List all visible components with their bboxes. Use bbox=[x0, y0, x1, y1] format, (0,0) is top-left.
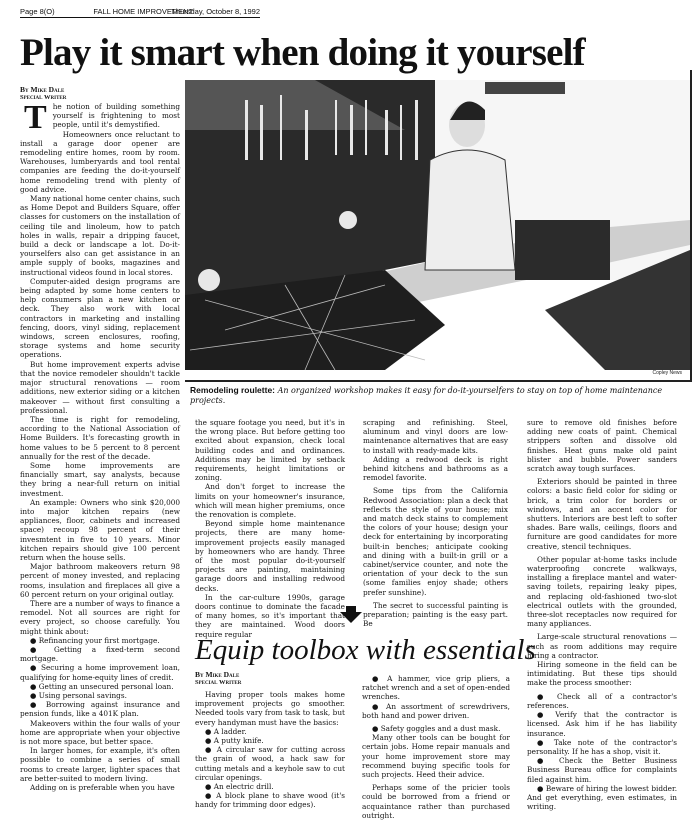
paragraph: Adding a redwood deck is right behind ki… bbox=[363, 455, 508, 483]
photo-caption: Remodeling roulette: An organized worksh… bbox=[190, 385, 685, 406]
sidebar-column-1: By Mike Dale Special Writer Having prope… bbox=[195, 671, 345, 810]
continuation-arrow-icon bbox=[340, 612, 362, 623]
byline-author: By Mike Dale bbox=[195, 671, 345, 679]
bullet-item: ● Getting a fixed-term second mortgage. bbox=[20, 645, 180, 663]
bullet-item: ● An assortment of screwdrivers, both ha… bbox=[362, 702, 510, 720]
byline-title: Special Writer bbox=[195, 679, 345, 687]
bullet-item: ● Check the Better Business Business Bur… bbox=[527, 756, 677, 784]
bullet-item: ● A block plane to shave wood (it's hand… bbox=[195, 791, 345, 809]
bullet-item: ● Using personal savings. bbox=[20, 691, 180, 700]
bullet-item: ● Getting an unsecured personal loan. bbox=[20, 682, 180, 691]
main-story-column-4: sure to remove old finishes before addin… bbox=[527, 418, 677, 811]
bullet-item: ● Securing a home improvement loan, qual… bbox=[20, 663, 180, 681]
bullet-item: ● Check all of a contractor's references… bbox=[527, 692, 677, 710]
bullet-item: ● A hammer, vice grip pliers, a ratchet … bbox=[362, 674, 510, 702]
byline-title: Special Writer bbox=[20, 94, 180, 102]
paragraph: Homeowners once reluctant to install a g… bbox=[20, 130, 180, 194]
paragraph: Some tips from the California Redwood As… bbox=[363, 486, 508, 596]
sidebar-headline: Equip toolbox with essentials bbox=[195, 634, 515, 666]
page-number: Page 8(O) bbox=[20, 7, 93, 16]
workshop-photo: Copley News bbox=[185, 70, 692, 382]
section-name: FALL HOME IMPROVEMENT bbox=[93, 7, 171, 16]
paragraph: Major bathroom makeovers return 98 perce… bbox=[20, 562, 180, 599]
drop-cap: T bbox=[24, 104, 47, 132]
paragraph: In the car-culture 1990s, garage doors c… bbox=[195, 593, 345, 639]
paragraph: Beyond simple home maintenance projects,… bbox=[195, 519, 345, 593]
byline-author: By Mike Dale bbox=[20, 86, 180, 94]
bullet-item: ● An electric drill. bbox=[195, 782, 345, 791]
main-story-column-2: the square footage you need, but it's in… bbox=[195, 418, 345, 639]
paragraph: Adding on is preferable when you have bbox=[20, 783, 180, 792]
bullet-item: ● Beware of hiring the lowest bidder. An… bbox=[527, 784, 677, 812]
sidebar-column-2: ● A hammer, vice grip pliers, a ratchet … bbox=[362, 674, 510, 820]
bullet-item: ● A ladder. bbox=[195, 727, 345, 736]
paragraph: Makeovers within the four walls of your … bbox=[20, 719, 180, 747]
paragraph: Large-scale structural renovations — suc… bbox=[527, 632, 677, 660]
caption-lead: Remodeling roulette: bbox=[190, 385, 275, 395]
paragraph: Hiring someone in the field can be intim… bbox=[527, 660, 677, 688]
main-story-column-3: scraping and refinishing. Steel, aluminu… bbox=[363, 418, 508, 628]
sidebar-byline: By Mike Dale Special Writer bbox=[195, 671, 345, 687]
paragraph: The time is right for remodeling, accord… bbox=[20, 415, 180, 461]
paragraph: Many national home center chains, such a… bbox=[20, 194, 180, 277]
photo-credit: Copley News bbox=[651, 370, 684, 376]
paragraph: Perhaps some of the pricier tools could … bbox=[362, 783, 510, 820]
byline: By Mike Dale Special Writer bbox=[20, 86, 180, 102]
paragraph: There are a number of ways to finance a … bbox=[20, 599, 180, 636]
bullet-item: ● A circular saw for cutting across the … bbox=[195, 745, 345, 782]
bullet-item: ● A putty knife. bbox=[195, 736, 345, 745]
paragraph: And don't forget to increase the limits … bbox=[195, 482, 345, 519]
paragraph: scraping and refinishing. Steel, aluminu… bbox=[363, 418, 508, 455]
bullet-item: ● Borrowing against insurance and pensio… bbox=[20, 700, 180, 718]
bullet-item: ● Safety goggles and a dust mask. bbox=[362, 724, 510, 733]
paragraph: An example: Owners who sink $20,000 into… bbox=[20, 498, 180, 562]
paragraph: In larger homes, for example, it's often… bbox=[20, 746, 180, 783]
page-folio: Page 8(O) FALL HOME IMPROVEMENT Thursday… bbox=[20, 7, 260, 18]
paragraph: the square footage you need, but it's in… bbox=[195, 418, 345, 482]
paragraph: Computer-aided design programs are being… bbox=[20, 277, 180, 360]
paragraph: Other popular at-home tasks include wate… bbox=[527, 555, 677, 629]
paragraph: sure to remove old finishes before addin… bbox=[527, 418, 677, 473]
bullet-item: ● Verify that the contractor is licensed… bbox=[527, 710, 677, 738]
bullet-item: ● Take note of the contractor's personal… bbox=[527, 738, 677, 756]
paragraph: The secret to successful painting is pre… bbox=[363, 601, 508, 629]
paragraph: Having proper tools makes home improveme… bbox=[195, 690, 345, 727]
paragraph: Exteriors should be painted in three col… bbox=[527, 477, 677, 551]
main-headline: Play it smart when doing it yourself bbox=[20, 33, 690, 73]
bullet-item: ● Refinancing your first mortgage. bbox=[20, 636, 180, 645]
paragraph: Some home improvements are financially s… bbox=[20, 461, 180, 498]
paragraph: Many other tools can be bought for certa… bbox=[362, 733, 510, 779]
issue-date: Thursday, October 8, 1992 bbox=[171, 7, 260, 16]
photo-image bbox=[185, 70, 690, 380]
paragraph: But home improvement experts advise that… bbox=[20, 360, 180, 415]
main-story-column-1: By Mike Dale Special Writer T he notion … bbox=[20, 86, 180, 792]
